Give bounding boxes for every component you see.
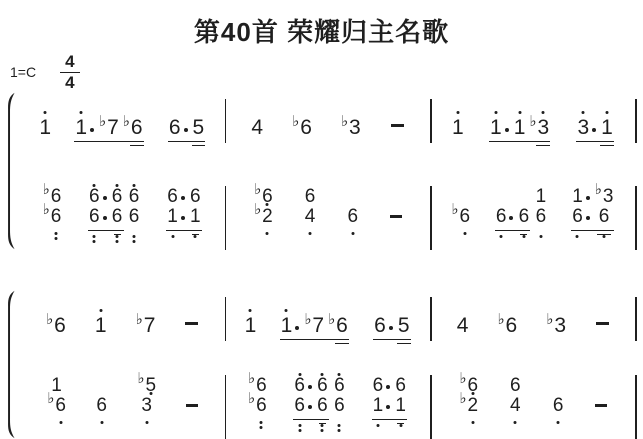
note-digit: 6 <box>468 376 479 395</box>
chord-lower-slot: 6 <box>536 207 547 227</box>
augmentation-dot <box>308 385 312 389</box>
chord: 66 <box>89 187 108 227</box>
chord-group: 666666 <box>290 376 347 416</box>
octave-dots-above <box>99 309 102 312</box>
dash-mark <box>390 215 402 218</box>
chord: ♭6♭6 <box>43 187 62 227</box>
measure: ♭6♭66666666161 <box>21 186 225 250</box>
key-signature: 1=C <box>10 64 36 80</box>
note-group: 1 <box>93 315 109 336</box>
augmentation-dot <box>586 216 590 220</box>
octave-dot <box>133 235 136 238</box>
note-digit: 6 <box>496 207 507 226</box>
chord-upper-slot: 6 <box>167 187 186 207</box>
flat-sign: ♭ <box>546 310 553 328</box>
octave-dot <box>55 232 58 235</box>
chord-group <box>388 187 404 227</box>
octave-dot <box>606 111 609 114</box>
chord: 61 <box>373 376 392 416</box>
note-digit: 1 <box>245 315 257 336</box>
note-digit: 1 <box>167 207 178 226</box>
flat-sign: ♭ <box>123 112 130 130</box>
measure: ♭6♭2646 <box>226 186 430 250</box>
octave-dots-below <box>399 424 402 427</box>
dash-mark <box>186 404 198 407</box>
octave-dot <box>522 235 525 238</box>
note: ♭7 <box>304 315 324 336</box>
note-digit: 1 <box>190 207 201 226</box>
chord-lower-slot: 1 <box>190 207 201 227</box>
octave-dot <box>603 235 606 238</box>
note-digit: 6 <box>54 315 66 336</box>
note: 6 <box>347 207 358 226</box>
note-digit: 6 <box>131 117 143 138</box>
note-group <box>388 117 407 138</box>
note-digit: 3 <box>603 187 614 206</box>
octave-dots-above <box>456 111 459 114</box>
chord-lower-slot: ♭6 <box>248 396 267 416</box>
dash-mark <box>185 322 198 325</box>
note-digit: 6 <box>536 207 547 226</box>
note-group <box>593 315 612 336</box>
note-digit: 6 <box>129 207 140 226</box>
measure: ♭6661616♭36 <box>432 186 636 250</box>
dash-note <box>184 315 199 336</box>
note: 1 <box>281 315 301 336</box>
note-digit: 1 <box>536 187 547 206</box>
octave-dot <box>171 235 174 238</box>
note: 6 <box>599 207 610 226</box>
flat-sign: ♭ <box>248 369 255 387</box>
note: 1 <box>167 207 186 226</box>
chord: 1♭6 <box>47 376 66 416</box>
octave-dots-below <box>522 235 525 238</box>
chord-lower-slot: ♭6 <box>47 396 66 416</box>
note-digit <box>390 124 405 134</box>
augmentation-dot <box>295 326 299 330</box>
barline <box>635 375 637 439</box>
note-digit: 6 <box>373 376 384 395</box>
sixteenth-underline <box>597 234 612 235</box>
note-digit: 3 <box>141 396 152 415</box>
measure: ♭61♭7 <box>21 304 225 336</box>
note: ♭6 <box>451 207 470 226</box>
octave-dots-below <box>376 424 379 427</box>
note: 5 <box>398 315 410 336</box>
note-digit: 6 <box>89 207 100 226</box>
octave-dot <box>116 235 119 238</box>
dash-mark <box>595 404 607 407</box>
chord-lower-slot: 1 <box>167 207 186 227</box>
octave-dot <box>557 421 560 424</box>
chord <box>595 376 607 416</box>
sixteenth-underline <box>319 423 326 424</box>
note: 6 <box>89 207 108 226</box>
note-digit: 6 <box>129 187 140 206</box>
chord: 61 <box>395 376 406 416</box>
chord-lower-slot: 4 <box>305 207 316 227</box>
note: ♭7 <box>136 315 156 336</box>
octave-dots-above <box>116 184 119 187</box>
note-digit: 6 <box>167 187 178 206</box>
octave-dots-below <box>500 235 503 238</box>
chord <box>186 376 198 416</box>
octave-dots-below <box>309 232 312 235</box>
chord-lower-slot <box>390 207 402 227</box>
key-time-signature-block: 1=C 4 4 <box>10 52 80 92</box>
augmentation-dot <box>181 216 185 220</box>
octave-dots-above <box>582 111 585 114</box>
note: 6 <box>96 396 107 415</box>
octave-dots-below <box>298 424 301 432</box>
note-digit: 5 <box>145 376 156 395</box>
chord: ♭6♭2 <box>459 376 478 416</box>
beamed-group: 66 <box>494 187 532 227</box>
flat-sign: ♭ <box>459 389 466 407</box>
note: 1 <box>373 396 392 415</box>
time-signature: 4 4 <box>60 52 79 92</box>
octave-dots-above <box>542 111 545 114</box>
augmentation-dot <box>90 128 94 132</box>
note-digit: 1 <box>514 117 526 138</box>
beamed-group: 1♭7♭6 <box>73 117 144 138</box>
note-digit: 3 <box>577 117 589 138</box>
note: 6 <box>334 376 345 395</box>
note: ♭3 <box>529 117 549 138</box>
chord: ♭6 <box>451 187 470 227</box>
chord-lower-slot: 6 <box>129 207 140 227</box>
note: ♭3 <box>546 315 566 336</box>
note: ♭6 <box>123 117 143 138</box>
octave-dot <box>266 232 269 235</box>
flat-sign: ♭ <box>248 389 255 407</box>
chord-upper-slot: 6 <box>305 187 316 207</box>
chord-group: 64 <box>508 376 523 416</box>
note-digit: 6 <box>460 207 471 226</box>
note-digit: 6 <box>112 187 123 206</box>
note: 6 <box>294 376 313 395</box>
flat-sign: ♭ <box>46 310 53 328</box>
flat-sign: ♭ <box>451 200 458 218</box>
note-group: 1 <box>37 117 53 138</box>
chord-lower-slot: 6 <box>347 207 358 227</box>
note-digit: 3 <box>554 315 566 336</box>
octave-dots-below <box>145 421 148 424</box>
note: 4 <box>510 396 521 415</box>
melody-staff-2: ♭61♭711♭7♭6654♭6♭3 <box>21 290 637 336</box>
note-digit: 1 <box>281 315 293 336</box>
chord-lower-slot: ♭6 <box>43 207 62 227</box>
flat-sign: ♭ <box>47 389 54 407</box>
barline <box>635 186 637 250</box>
note-group: 1 <box>450 117 466 138</box>
chord: 6 <box>96 376 107 416</box>
note: 3 <box>141 396 152 415</box>
dash-note <box>595 396 607 415</box>
time-signature-denominator: 4 <box>60 72 79 93</box>
note-digit: 1 <box>601 117 613 138</box>
note-digit: 6 <box>51 187 62 206</box>
chord-lower-slot: 6 <box>317 396 328 416</box>
note: 6 <box>374 315 394 336</box>
note: ♭6 <box>292 117 312 138</box>
octave-dot <box>376 424 379 427</box>
beamed-group: 6666 <box>87 187 125 227</box>
chord-upper-slot: 6 <box>395 376 406 396</box>
augmentation-dot <box>386 385 390 389</box>
octave-dots-below <box>557 421 560 424</box>
octave-dots-below <box>471 421 474 424</box>
octave-dots-below <box>171 235 174 238</box>
note-digit: 5 <box>398 315 410 336</box>
octave-dot <box>463 232 466 235</box>
note-group: ♭7 <box>134 315 158 336</box>
flat-sign: ♭ <box>99 112 106 130</box>
dash-note <box>186 396 198 415</box>
octave-dots-below <box>194 235 197 238</box>
chord-upper-slot: 1 <box>536 187 547 207</box>
chord-lower-slot: 6 <box>519 207 530 227</box>
octave-dots-above <box>298 373 301 376</box>
octave-dots-above <box>338 373 341 376</box>
note: 1 <box>39 117 51 138</box>
measure: 11♭7♭665 <box>21 106 225 138</box>
octave-dots-above <box>249 309 252 312</box>
octave-dot <box>321 373 324 376</box>
chord-upper-slot: 6 <box>89 187 108 207</box>
chord-upper-slot: 6 <box>373 376 392 396</box>
chord-lower-slot: 6 <box>572 207 591 227</box>
note-digit: 5 <box>193 117 205 138</box>
note: 6 <box>519 207 530 226</box>
note-digit: 6 <box>336 315 348 336</box>
note-digit: 1 <box>75 117 87 138</box>
flat-sign: ♭ <box>328 310 335 328</box>
octave-dot <box>338 429 341 432</box>
note: 3 <box>577 117 597 138</box>
octave-dots-below <box>55 232 58 240</box>
augmentation-dot <box>308 405 312 409</box>
beamed-group: 1♭7♭6 <box>279 315 350 336</box>
octave-dots-above <box>518 111 521 114</box>
octave-dot <box>260 421 263 424</box>
octave-dots-below <box>321 424 324 432</box>
octave-dot <box>285 309 288 312</box>
octave-dot <box>399 424 402 427</box>
note: 1 <box>95 315 107 336</box>
note: ♭6 <box>47 396 66 415</box>
note-digit: 6 <box>510 376 521 395</box>
chord: 6 <box>553 376 564 416</box>
flat-sign: ♭ <box>497 310 504 328</box>
note: ♭6 <box>328 315 348 336</box>
octave-dots-below <box>59 421 62 424</box>
octave-dot <box>260 426 263 429</box>
chord-group: 6 <box>94 376 109 416</box>
note: 1 <box>572 187 591 206</box>
note-digit: 6 <box>334 376 345 395</box>
note-digit: 6 <box>347 207 358 226</box>
chord-upper-slot: 6 <box>317 376 328 396</box>
beamed-group: 31 <box>575 117 614 138</box>
octave-dot <box>456 111 459 114</box>
note-digit: 6 <box>305 187 316 206</box>
octave-dot <box>194 235 197 238</box>
octave-dots-below <box>116 235 119 243</box>
octave-dot <box>298 373 301 376</box>
barline <box>635 297 637 341</box>
note-digit: 6 <box>256 376 267 395</box>
note-digit <box>595 396 607 415</box>
note-digit: 6 <box>294 376 305 395</box>
chord-upper-slot: 6 <box>190 187 201 207</box>
octave-dot <box>494 111 497 114</box>
chord-lower-slot: 6 <box>553 396 564 416</box>
note-group: 65 <box>165 117 208 138</box>
dash-note <box>390 117 405 138</box>
octave-dot <box>471 421 474 424</box>
chord-group: ♭6♭6 <box>41 187 64 227</box>
note-digit: 4 <box>457 315 469 336</box>
octave-dot <box>298 429 301 432</box>
note-digit: 6 <box>294 396 305 415</box>
note-digit: 6 <box>506 315 518 336</box>
note: 6 <box>373 376 392 395</box>
sixteenth-underline <box>397 423 404 424</box>
flat-sign: ♭ <box>292 112 299 130</box>
note-digit <box>186 396 198 415</box>
chord: 64 <box>305 187 316 227</box>
chord-group: ♭6 <box>449 187 472 227</box>
chord-lower-slot: 6 <box>112 207 123 227</box>
beamed-group: 65 <box>167 117 206 138</box>
measure: 11♭7♭665 <box>226 304 430 336</box>
chord: ♭36 <box>595 187 614 227</box>
chord: 61 <box>167 187 186 227</box>
octave-dot <box>351 232 354 235</box>
chord: 64 <box>510 376 521 416</box>
note-digit: 2 <box>468 396 479 415</box>
note-digit: 6 <box>334 396 345 415</box>
sixteenth-underline <box>192 145 206 146</box>
chord-group: 6 <box>551 376 566 416</box>
note-group: ♭6 <box>290 117 314 138</box>
octave-dot <box>116 184 119 187</box>
chord: ♭6♭6 <box>248 376 267 416</box>
octave-dots-below <box>576 235 579 238</box>
note-digit: 6 <box>300 117 312 138</box>
time-signature-numerator: 4 <box>60 52 79 72</box>
octave-dots-below <box>338 424 341 432</box>
augmentation-dot <box>184 128 188 132</box>
note: 6 <box>496 207 515 226</box>
note-digit: 6 <box>256 396 267 415</box>
note: 6 <box>129 187 140 206</box>
note-group: 4 <box>455 315 471 336</box>
octave-dots-below <box>133 235 136 243</box>
octave-dot <box>500 235 503 238</box>
chord-lower-slot <box>186 396 198 416</box>
note: ♭5 <box>137 376 156 395</box>
measure: 4♭6♭3 <box>432 304 636 336</box>
note-group: 4 <box>249 117 265 138</box>
beamed-group: 6161 <box>165 187 203 227</box>
note-digit: 4 <box>305 207 316 226</box>
augmentation-dot <box>505 128 509 132</box>
chord-upper-slot: 6 <box>112 187 123 207</box>
octave-dot <box>93 235 96 238</box>
note-digit: 6 <box>112 207 123 226</box>
note-digit: 6 <box>89 187 100 206</box>
chord-lower-slot: 6 <box>334 396 345 416</box>
note-digit: 1 <box>395 396 406 415</box>
note-group: 65 <box>370 315 413 336</box>
note: 1 <box>190 207 201 226</box>
chord: 66 <box>112 187 123 227</box>
note-group: 11♭3 <box>486 117 553 138</box>
sixteenth-underline <box>520 234 527 235</box>
note-digit: 6 <box>395 376 406 395</box>
octave-dots-above <box>44 111 47 114</box>
note: 6 <box>169 117 189 138</box>
chord: 66 <box>294 376 313 416</box>
note-digit: 7 <box>107 117 119 138</box>
sixteenth-underline <box>114 234 121 235</box>
chord-upper-slot: ♭5 <box>137 376 156 396</box>
sixteenth-underline <box>536 145 550 146</box>
chord-group: 64 <box>303 187 318 227</box>
chord-group <box>184 376 200 416</box>
chord-group: 666666 <box>85 187 142 227</box>
note-digit: 6 <box>553 396 564 415</box>
note: 6 <box>317 396 328 415</box>
note-group: ♭6 <box>44 315 68 336</box>
dash-mark <box>596 322 609 325</box>
octave-dots-above <box>285 309 288 312</box>
note: 1 <box>452 117 464 138</box>
beamed-group: 11♭3 <box>488 117 551 138</box>
note: 6 <box>190 187 201 206</box>
note-group: 1 <box>243 315 259 336</box>
chord: 16 <box>572 187 591 227</box>
note: 5 <box>193 117 205 138</box>
sixteenth-underline <box>335 343 349 344</box>
chord: ♭6♭2 <box>254 187 273 227</box>
system-2: ♭61♭711♭7♭6654♭6♭3 1♭66♭53♭6♭66666666161… <box>4 290 637 439</box>
system-bracket-icon <box>4 290 17 439</box>
note-digit: 6 <box>51 207 62 226</box>
note: ♭6 <box>43 207 62 226</box>
note: 1 <box>75 117 95 138</box>
octave-dot <box>514 421 517 424</box>
chord-lower-slot: ♭6 <box>451 207 470 227</box>
octave-dot <box>133 240 136 243</box>
note-group: 1♭7♭6 <box>277 315 352 336</box>
chord-lower-slot: 6 <box>89 207 108 227</box>
note: 6 <box>294 396 313 415</box>
note: 6 <box>553 396 564 415</box>
octave-dot <box>93 184 96 187</box>
note: 6 <box>167 187 186 206</box>
octave-dots-above <box>606 111 609 114</box>
note-group: 1♭7♭6 <box>71 117 146 138</box>
sixteenth-underline <box>397 343 411 344</box>
octave-dot <box>298 424 301 427</box>
augmentation-dot <box>103 196 107 200</box>
octave-dot <box>93 240 96 243</box>
note: ♭2 <box>254 207 273 226</box>
octave-dots-below <box>100 421 103 424</box>
